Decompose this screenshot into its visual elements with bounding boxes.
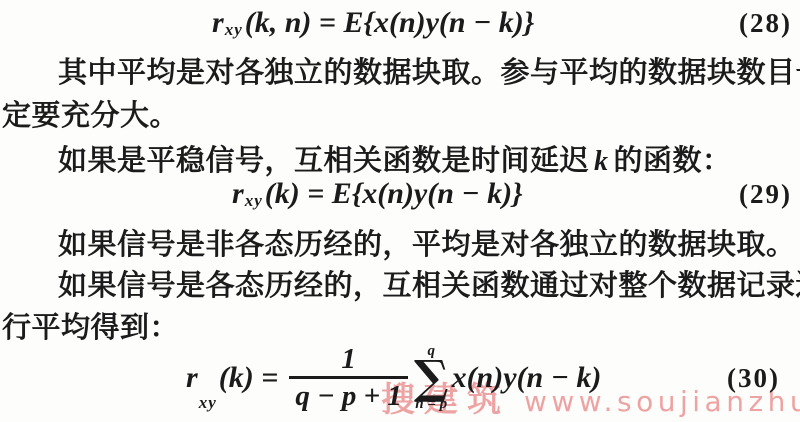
paragraph-3: 如果信号是非各态历经的，平均是对各独立的数据块取。 [58, 222, 796, 263]
equation-row-28: rxy(k, n) = E{x(n)y(n − k)} (28) [0, 0, 800, 46]
formula-29-body: (k) = E{x(n)y(n − k)} [265, 177, 523, 211]
paragraph-1-line-2: 定要充分大。 [2, 93, 179, 134]
formula-30-rhs: x(n)y(n − k) [452, 361, 602, 395]
formula-28: rxy(k, n) = E{x(n)y(n − k)} [212, 6, 534, 40]
formula-30-lhs: (k) = [219, 361, 279, 395]
equation-number-28: (28) [739, 8, 792, 39]
paragraph-1-line-1: 其中平均是对各独立的数据块取。参与平均的数据块数目一 [58, 50, 800, 91]
formula-30-subscript: xy [199, 394, 217, 411]
sigma-symbol: ∑ [414, 359, 449, 397]
equation-number-29: (29) [739, 179, 792, 210]
fraction-denominator: q − p + 1 [289, 376, 408, 413]
equation-row-30: rxy(k) =1q − p + 1q∑n = px(n)y(n − k) (3… [0, 336, 800, 420]
formula-30: rxy(k) =1q − p + 1q∑n = px(n)y(n − k) [186, 343, 601, 414]
equation-row-29: rxy(k) = E{x(n)y(n − k)} (29) [0, 170, 800, 218]
formula-28-base: r [212, 6, 224, 40]
formula-28-body: (k, n) = E{x(n)y(n − k)} [245, 6, 534, 40]
summation: q∑n = p [414, 344, 449, 412]
document-page: rxy(k, n) = E{x(n)y(n − k)} (28) 其中平均是对各… [0, 0, 800, 422]
formula-29-base: r [232, 177, 244, 211]
paragraph-4-line-1: 如果信号是各态历经的，互相关函数通过对整个数据记录进 [58, 263, 800, 304]
fraction: 1q − p + 1 [289, 343, 408, 414]
equation-number-30: (30) [727, 363, 780, 394]
formula-30-base: r [186, 361, 198, 395]
fraction-numerator: 1 [337, 343, 360, 376]
summation-lower-limit: n = p [415, 397, 447, 412]
formula-28-subscript: xy [225, 21, 243, 38]
formula-29: rxy(k) = E{x(n)y(n − k)} [232, 177, 523, 211]
formula-29-subscript: xy [245, 192, 263, 209]
